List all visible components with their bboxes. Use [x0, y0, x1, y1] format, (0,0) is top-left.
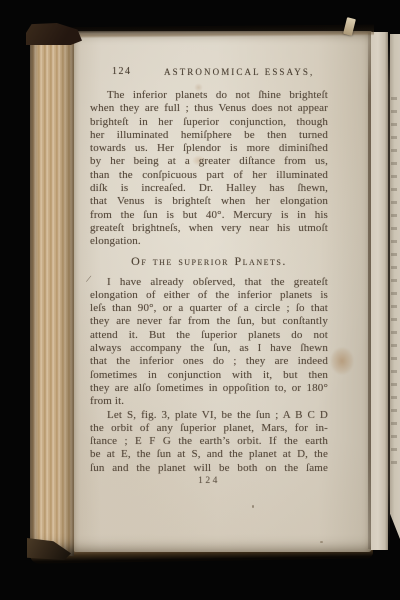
text-line: her illuminated hemiſphere be then turne… — [90, 129, 328, 142]
gutter-fold-line — [388, 34, 390, 546]
text-line: ſometimes in conjunction with it, but th… — [90, 369, 328, 382]
text-line: by her being at a greater diſtance from … — [90, 155, 328, 168]
text-column: 124 ASTRONOMICAL ESSAYS, The inferior pl… — [90, 66, 328, 486]
gutter-fold — [371, 32, 388, 550]
ink-speck — [252, 505, 254, 508]
running-head: 124 ASTRONOMICAL ESSAYS, — [90, 66, 328, 78]
running-title: ASTRONOMICAL ESSAYS, — [164, 67, 314, 77]
text-line: attend it. But the ſuperior planets do n… — [90, 329, 328, 342]
facing-page-sliver — [390, 34, 400, 539]
paragraph-1: The inferior planets do not ſhine bright… — [90, 89, 328, 249]
header-page-number: 124 — [112, 66, 132, 77]
text-line: leſs than 90°, or a quarter of a circle … — [90, 302, 328, 315]
paragraph-2: I have already obſerved, that the greate… — [90, 276, 328, 409]
text-line: be at E, the ſun at S, and the planet at… — [90, 448, 328, 461]
text-line: greateſt brightneſs, when very near his … — [90, 222, 328, 235]
book-gutter-crease — [368, 33, 371, 549]
text-line: when they are full ; thus Venus does not… — [90, 102, 328, 115]
text-line: from it. — [90, 395, 328, 408]
section-heading: Of the superior Planets. — [90, 254, 328, 268]
text-line: towards us. Her ſplendor is more diminiſ… — [90, 142, 328, 155]
ink-speck — [320, 541, 323, 543]
text-line: from the ſun is but 40°. Mercury is in h… — [90, 209, 328, 222]
book-photo: / 124 ASTRONOMICAL ESSAYS, The inferior … — [0, 0, 400, 600]
footer-page-number: 124 — [90, 476, 328, 486]
foxing-stain — [330, 347, 354, 375]
text-line: than the conſpicuous part of her illumin… — [90, 169, 328, 182]
text-line: I have already obſerved, that the greate… — [90, 276, 328, 289]
text-line: they are alſo ſometimes in oppoſition to… — [90, 382, 328, 395]
text-line: ſtance ; E F G the earth’s orbit. If the… — [90, 435, 328, 448]
text-line: always accompany the ſun, as I have ſhew… — [90, 342, 328, 355]
text-line: ſun and the planet will be both on the ſ… — [90, 462, 328, 475]
book-page: / 124 ASTRONOMICAL ESSAYS, The inferior … — [74, 31, 372, 552]
text-line: Let S, fig. 3, plate VI, be the ſun ; A … — [90, 409, 328, 422]
text-line: that the inferior ones do ; they are ind… — [90, 355, 328, 368]
text-line: diſk is increaſed. Dr. Halley has ſhewn, — [90, 182, 328, 195]
text-line: the orbit of any ſuperior planet, Mars, … — [90, 422, 328, 435]
facing-page-text-marks — [391, 92, 397, 474]
book-fore-edge — [30, 28, 74, 556]
text-line: The inferior planets do not ſhine bright… — [90, 89, 328, 102]
text-line: that Venus is brighteſt when her elongat… — [90, 195, 328, 208]
text-line: they are never far from the ſun, but con… — [90, 315, 328, 328]
paragraph-3: Let S, fig. 3, plate VI, be the ſun ; A … — [90, 409, 328, 475]
text-line: elongation of either of the inferior pla… — [90, 289, 328, 302]
text-line: brighteſt in her ſuperior conjunction, t… — [90, 116, 328, 129]
text-line: elongation. — [90, 235, 328, 248]
